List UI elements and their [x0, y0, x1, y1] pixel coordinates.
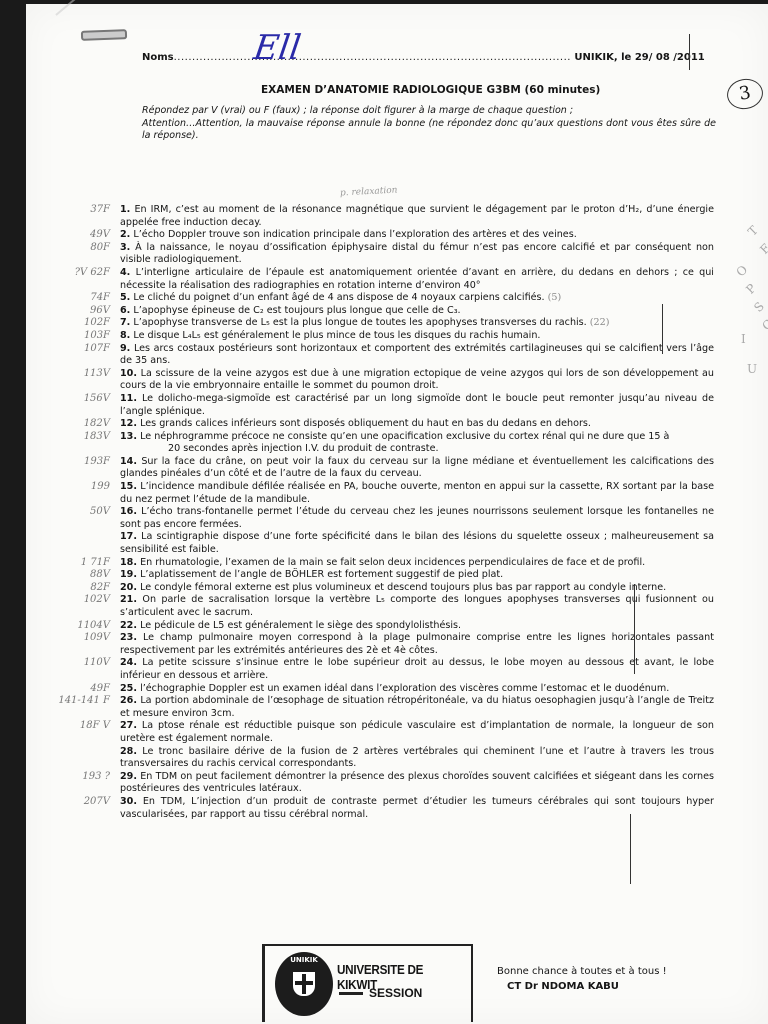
question-text: Les arcs costaux postérieurs sont horizo… [120, 343, 714, 367]
answer-mark: 182V [26, 418, 110, 431]
question-27: 18F V27. La ptose rénale est réductible … [26, 720, 714, 745]
question-4: ?V 62F4. L’interligne articulaire de l’é… [26, 267, 714, 292]
answer-mark: 207V [26, 796, 110, 809]
signature: CT Dr NDOMA KABU [497, 979, 667, 994]
question-1: 37F1. En IRM, c’est au moment de la réso… [26, 204, 714, 229]
question-17: 17. La scintigraphie dispose d’une forte… [26, 531, 714, 556]
question-text: Le disque L₄L₅ est généralement le plus … [133, 330, 540, 341]
answer-mark: 37F [26, 204, 110, 217]
question-28: 28. Le tronc basilaire dérive de la fusi… [26, 746, 714, 771]
question-12: 182V12. Les grands calices inférieurs so… [26, 418, 714, 431]
question-text: L’écho trans-fontanelle permet l’étude d… [120, 506, 714, 530]
question-text: La scissure de la veine azygos est due à… [120, 368, 714, 392]
question-24: 110V24. La petite scissure s’insinue ent… [26, 657, 714, 682]
question-text: Sur la face du crâne, on peut voir la fa… [120, 456, 714, 480]
question-text: Le néphrogramme précoce ne consiste qu’e… [140, 431, 669, 442]
answer-mark: 74F [26, 292, 110, 305]
answer-mark: 107F [26, 343, 110, 356]
exam-sheet: Noms....................................… [26, 4, 768, 1024]
pen-stroke [630, 814, 631, 884]
answer-mark: 1 71F [26, 557, 110, 570]
question-3: 80F3. À la naissance, le noyau d’ossific… [26, 242, 714, 267]
question-5: 74F5. Le cliché du poignet d’un enfant â… [26, 292, 714, 305]
question-text: Le cliché du poignet d’un enfant âgé de … [133, 292, 544, 303]
question-11: 156V11. Le dolicho-mega-sigmoïde est car… [26, 393, 714, 418]
circled-page-number: 3 [725, 76, 766, 112]
pen-stroke [689, 34, 690, 70]
question-text: La petite scissure s’insinue entre le lo… [120, 657, 714, 681]
answer-mark: 109V [26, 632, 110, 645]
question-text: L’interligne articulaire de l’épaule est… [120, 267, 714, 291]
stamp-session-label: SESSION [339, 986, 422, 1000]
answer-mark: 49F [26, 683, 110, 696]
question-25: 49F25. l’échographie Doppler est un exam… [26, 683, 714, 696]
name-dots: ........................................… [174, 52, 571, 63]
staple [81, 29, 127, 41]
question-text: L’apophyse épineuse de C₂ est toujours p… [133, 305, 460, 316]
question-15: 19915. L’incidence mandibule défilée réa… [26, 481, 714, 506]
question-text: Le tronc basilaire dérive de la fusion d… [120, 746, 714, 770]
name-label: Noms [142, 52, 174, 63]
exam-title: EXAMEN D’ANATOMIE RADIOLOGIQUE G3BM (60 … [261, 84, 600, 96]
answer-mark: 141-141 F [26, 695, 110, 708]
question-29: 193 ?29. En TDM on peut facilement démon… [26, 771, 714, 796]
question-text: L’incidence mandibule défilée réalisée e… [120, 481, 714, 505]
question-14: 193F14. Sur la face du crâne, on peut vo… [26, 456, 714, 481]
answer-mark: 193 ? [26, 771, 110, 784]
question-text: L’apophyse transverse de L₅ est la plus … [133, 317, 586, 328]
instructions-line-2: Attention…Attention, la mauvaise réponse… [142, 118, 716, 143]
answer-mark: 49V [26, 229, 110, 242]
question-23: 109V23. Le champ pulmonaire moyen corres… [26, 632, 714, 657]
question-text: Le condyle fémoral externe est plus volu… [140, 582, 666, 593]
answer-mark: 1104V [26, 620, 110, 633]
question-22: 1104V22. Le pédicule de L5 est généralem… [26, 620, 714, 633]
question-18: 1 71F18. En rhumatologie, l’examen de la… [26, 557, 714, 570]
question-6: 96V6. L’apophyse épineuse de C₂ est touj… [26, 305, 714, 318]
answer-mark: 102F [26, 317, 110, 330]
question-text: Le pédicule de L5 est généralement le si… [140, 620, 461, 631]
closing-block: Bonne chance à toutes et à tous ! CT Dr … [497, 964, 667, 994]
header-line: Noms....................................… [142, 52, 722, 63]
answer-mark: 110V [26, 657, 110, 670]
answer-mark: 103F [26, 330, 110, 343]
question-30: 207V30. En TDM, L’injection d’un produit… [26, 796, 714, 821]
answer-mark: ?V 62F [26, 267, 110, 280]
question-text: Les grands calices inférieurs sont dispo… [140, 418, 591, 429]
question-21: 102V21. On parle de sacralisation lorsqu… [26, 594, 714, 619]
question-text: L’aplatissement de l’angle de BÖHLER est… [140, 569, 503, 580]
question-text: l’échographie Doppler est un examen idéa… [140, 683, 669, 694]
question-10: 113V10. La scissure de la veine azygos e… [26, 368, 714, 393]
handwritten-note-q7: (22) [590, 317, 610, 328]
question-text: À la naissance, le noyau d’ossification … [120, 242, 714, 266]
handwritten-name: Ell [251, 28, 303, 68]
answer-mark: 102V [26, 594, 110, 607]
answer-mark: 50V [26, 506, 110, 519]
answer-mark: 199 [26, 481, 110, 494]
question-list: 37F1. En IRM, c’est au moment de la réso… [26, 204, 768, 821]
question-19: 88V19. L’aplatissement de l’angle de BÖH… [26, 569, 714, 582]
answer-mark: 113V [26, 368, 110, 381]
cross-shield-icon [293, 972, 315, 996]
paper-crease [55, 0, 141, 16]
question-text: Le champ pulmonaire moyen correspond à l… [120, 632, 714, 656]
answer-mark: 80F [26, 242, 110, 255]
closing-wish: Bonne chance à toutes et à tous ! [497, 964, 667, 979]
answer-mark: 193F [26, 456, 110, 469]
question-text: En rhumatologie, l’examen de la main se … [140, 557, 645, 568]
question-26: 141-141 F26. La portion abdominale de l’… [26, 695, 714, 720]
pen-stroke [634, 584, 635, 674]
pen-stroke [662, 304, 663, 354]
question-text: La ptose rénale est réductible puisque s… [120, 720, 714, 744]
question-text: En TDM, L’injection d’un produit de cont… [120, 796, 714, 820]
answer-mark: 156V [26, 393, 110, 406]
answer-mark: 18F V [26, 720, 110, 733]
question-text: On parle de sacralisation lorsque la ver… [120, 594, 714, 618]
handwritten-note-q5: (5) [548, 292, 562, 303]
question-text: Le dolicho-mega-sigmoïde est caractérisé… [120, 393, 714, 417]
question-text-continued: 20 secondes après injection I.V. du prod… [120, 443, 714, 456]
question-7: 102F7. L’apophyse transverse de L₅ est l… [26, 317, 714, 330]
university-seal-icon: UNIKIK [275, 952, 333, 1016]
instructions: Répondez par V (vrai) ou F (faux) ; la r… [142, 105, 716, 143]
question-20: 82F20. Le condyle fémoral externe est pl… [26, 582, 714, 595]
answer-mark: 183V [26, 431, 110, 444]
question-text: La portion abdominale de l’œsophage de s… [120, 695, 714, 719]
answer-mark: 96V [26, 305, 110, 318]
handwritten-note-top: p. relaxation [340, 186, 398, 199]
place-date: UNIKIK, le 29/ 08 /2011 [574, 52, 704, 63]
university-stamp: UNIKIK UNIVERSITE DE KIKWIT SESSION [262, 944, 473, 1022]
answer-mark: 88V [26, 569, 110, 582]
question-9: 107F9. Les arcs costaux postérieurs sont… [26, 343, 714, 368]
question-13: 183V13. Le néphrogramme précoce ne consi… [26, 431, 714, 456]
question-text: L’écho Doppler trouve son indication pri… [133, 229, 576, 240]
question-text: En IRM, c’est au moment de la résonance … [120, 204, 714, 228]
question-text: En TDM on peut facilement démontrer la p… [120, 771, 714, 795]
instructions-line-1: Répondez par V (vrai) ou F (faux) ; la r… [142, 105, 716, 118]
answer-mark: 82F [26, 582, 110, 595]
question-8: 103F8. Le disque L₄L₅ est généralement l… [26, 330, 714, 343]
question-text: La scintigraphie dispose d’une forte spé… [120, 531, 714, 555]
question-2: 49V2. L’écho Doppler trouve son indicati… [26, 229, 714, 242]
question-16: 50V16. L’écho trans-fontanelle permet l’… [26, 506, 714, 531]
